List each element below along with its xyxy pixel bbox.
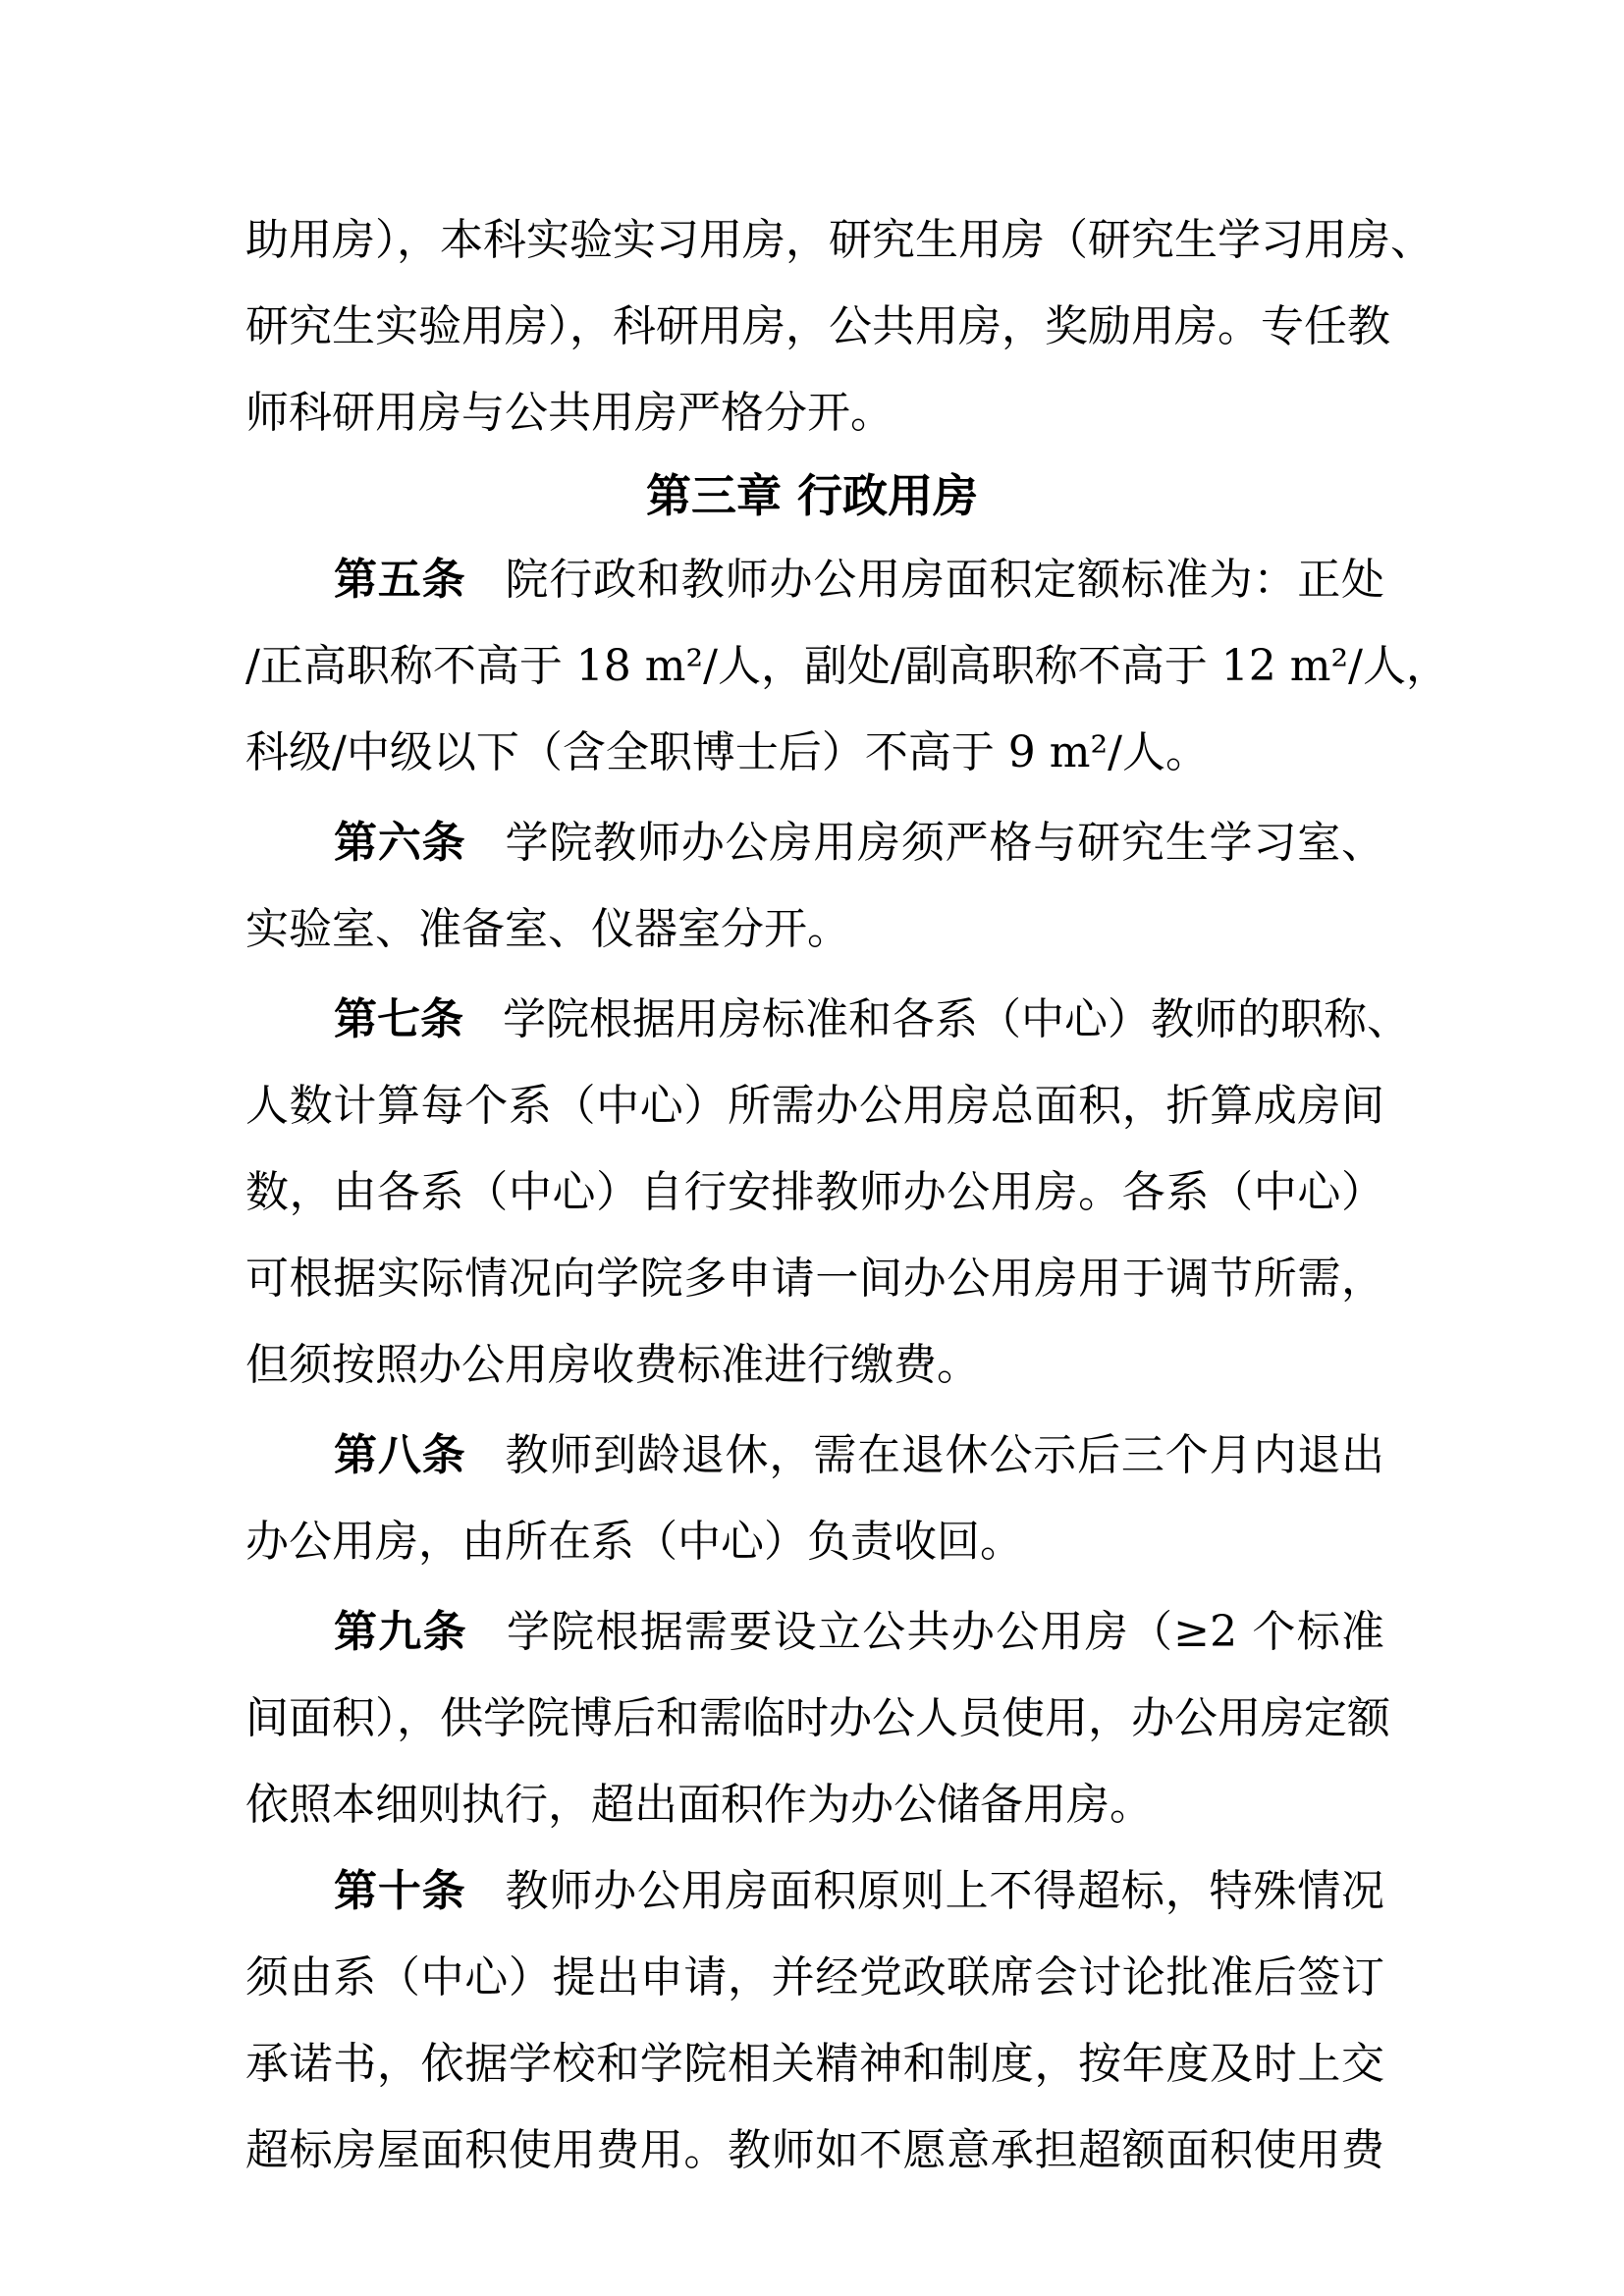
article-7-line-3: 数，由各系（中心）自行安排教师办公用房。各系（中心）	[245, 1164, 1384, 1221]
article-6-line-2: 实验室、准备室、仪器室分开。	[245, 901, 1384, 958]
article-9-line-3: 依照本细则执行，超出面积作为办公储备用房。	[245, 1777, 1384, 1834]
article-10-line-3: 承诺书，依据学校和学院相关精神和制度，按年度及时上交	[245, 2036, 1384, 2093]
chapter-heading: 第三章 行政用房	[0, 467, 1624, 524]
article-9-line-1: 第九条学院根据需要设立公共办公用房（≥2 个标准	[334, 1604, 1384, 1661]
article-6-text-1: 学院教师办公房用房须严格与研究生学习室、	[505, 818, 1384, 868]
article-9-line-2: 间面积），供学院博后和需临时办公人员使用，办公用房定额	[245, 1690, 1384, 1747]
article-10-label: 第十条	[334, 1866, 465, 1916]
article-10-text-1: 教师办公用房面积原则上不得超标，特殊情况	[505, 1866, 1384, 1916]
article-5-text-1: 院行政和教师办公用房面积定额标准为：正处	[505, 555, 1384, 605]
article-7-label: 第七条	[334, 994, 463, 1044]
article-5-line-2: /正高职称不高于 18 m²/人，副处/副高职称不高于 12 m²/人，	[245, 638, 1384, 695]
article-6-line-1: 第六条学院教师办公房用房须严格与研究生学习室、	[334, 815, 1384, 872]
document-page: 助用房），本科实验实习用房，研究生用房（研究生学习用房、 研究生实验用房），科研…	[0, 0, 1624, 2296]
article-10-line-4: 超标房屋面积使用费用。教师如不愿意承担超额面积使用费	[245, 2122, 1384, 2179]
intro-line-3: 师科研用房与公共用房严格分开。	[245, 385, 1384, 442]
article-9-text-1: 学院根据需要设立公共办公用房（≥2 个标准	[507, 1607, 1384, 1657]
article-7-text-1: 学院根据用房标准和各系（中心）教师的职称、	[503, 994, 1410, 1044]
article-8-line-1: 第八条教师到龄退休，需在退休公示后三个月内退出	[334, 1427, 1384, 1484]
article-5-line-1: 第五条院行政和教师办公用房面积定额标准为：正处	[334, 552, 1384, 609]
article-5-label: 第五条	[334, 555, 465, 605]
article-7-line-4: 可根据实际情况向学院多申请一间办公用房用于调节所需，	[245, 1251, 1384, 1308]
article-6-label: 第六条	[334, 818, 465, 868]
article-7-line-2: 人数计算每个系（中心）所需办公用房总面积，折算成房间	[245, 1078, 1384, 1135]
intro-line-1: 助用房），本科实验实习用房，研究生用房（研究生学习用房、	[245, 212, 1384, 269]
article-8-label: 第八条	[334, 1430, 465, 1480]
article-5-line-3: 科级/中级以下（含全职博士后）不高于 9 m²/人。	[245, 724, 1384, 781]
intro-line-2: 研究生实验用房），科研用房，公共用房，奖励用房。专任教	[245, 298, 1384, 355]
article-7-line-1: 第七条学院根据用房标准和各系（中心）教师的职称、	[334, 991, 1384, 1048]
article-7-line-5: 但须按照办公用房收费标准进行缴费。	[245, 1337, 1384, 1394]
article-8-line-2: 办公用房，由所在系（中心）负责收回。	[245, 1514, 1384, 1571]
article-10-line-1: 第十条教师办公用房面积原则上不得超标，特殊情况	[334, 1863, 1384, 1920]
article-9-label: 第九条	[334, 1607, 467, 1657]
article-8-text-1: 教师到龄退休，需在退休公示后三个月内退出	[505, 1430, 1384, 1480]
article-10-line-2: 须由系（中心）提出申请，并经党政联席会讨论批准后签订	[245, 1949, 1384, 2006]
